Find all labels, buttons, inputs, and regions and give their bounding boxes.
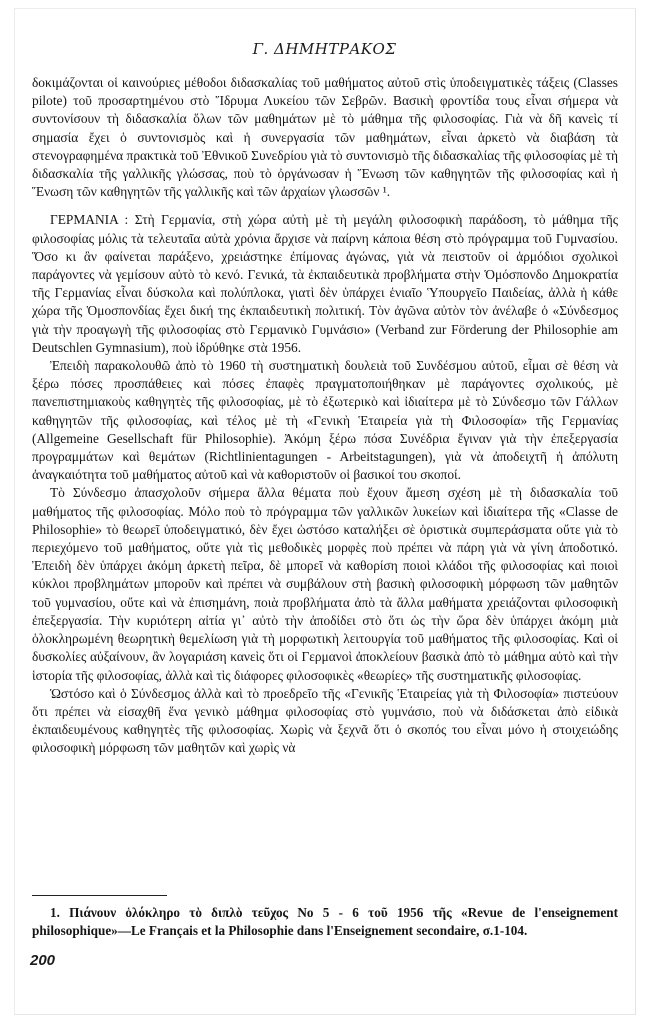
- footnote-1: 1. Πιάνουν ὁλόκληρο τὸ διπλὸ τεῦχος Νο 5…: [32, 904, 618, 940]
- footnote-separator: [32, 895, 167, 896]
- running-header: Γ. ΔΗΜΗΤΡΑΚΟΣ: [0, 40, 649, 58]
- paragraph-2-germany: ΓΕΡΜΑΝΙΑ : Στὴ Γερμανία, στὴ χώρα αὐτὴ μ…: [32, 211, 618, 357]
- page-number: 200: [30, 952, 55, 969]
- paragraph-4: Τὸ Σύνδεσμο ἀπασχολοῦν σήμερα ἄλλα θέματ…: [32, 484, 618, 684]
- paragraph-3: Ἐπειδὴ παρακολουθῶ ἀπὸ τὸ 1960 τὴ συστημ…: [32, 357, 618, 484]
- footnote: 1. Πιάνουν ὁλόκληρο τὸ διπλὸ τεῦχος Νο 5…: [32, 904, 618, 940]
- paragraph-1: δοκιμάζονται οἱ καινούριες μέθοδοι διδασ…: [32, 74, 618, 201]
- body-text: δοκιμάζονται οἱ καινούριες μέθοδοι διδασ…: [32, 74, 618, 758]
- paragraph-5: Ὡστόσο καὶ ὁ Σύνδεσμος ἀλλὰ καὶ τὸ προεδ…: [32, 685, 618, 758]
